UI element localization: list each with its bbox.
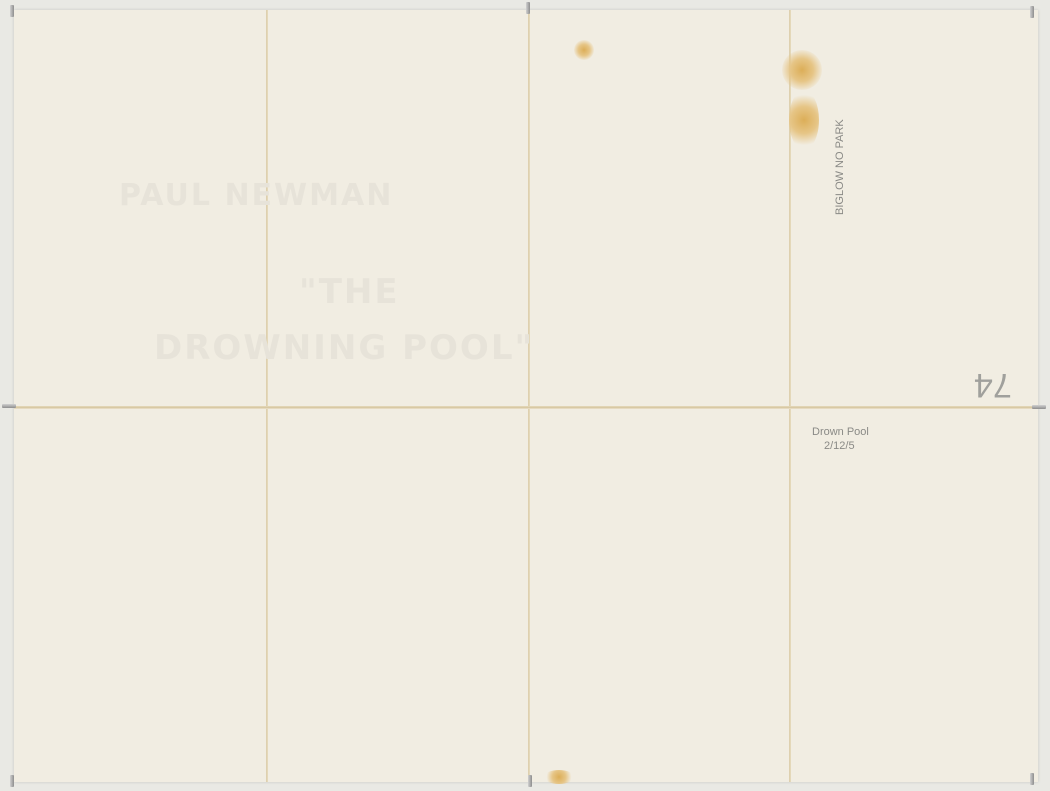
stain	[782, 50, 822, 90]
stain	[574, 40, 594, 60]
vertical-fold-2	[528, 10, 530, 782]
bleed-through-title-line3: DROWNING POOL"	[154, 328, 534, 368]
bleed-through-title-line2: "THE	[299, 272, 400, 312]
stain	[789, 90, 819, 150]
pin	[528, 775, 532, 787]
pin	[1032, 405, 1046, 409]
vertical-fold-1	[266, 10, 268, 782]
pin	[1030, 6, 1034, 18]
pin	[10, 775, 14, 787]
pin	[2, 404, 16, 408]
pin	[10, 5, 14, 17]
horizontal-fold	[14, 406, 1038, 409]
pencil-note-line2: 2/12/5	[824, 440, 855, 452]
pin	[1030, 773, 1034, 785]
pin	[526, 2, 530, 14]
pencil-note-vertical: BIGLOW NO PARK	[834, 95, 846, 215]
pencil-note-line1: Drown Pool	[812, 426, 869, 438]
pencil-corner-mark: 74	[974, 365, 1012, 404]
poster-back-sheet: PAUL NEWMAN "THE DROWNING POOL" BIGLOW N…	[14, 10, 1038, 782]
bleed-through-title-line1: PAUL NEWMAN	[119, 178, 393, 213]
stain	[544, 770, 574, 784]
